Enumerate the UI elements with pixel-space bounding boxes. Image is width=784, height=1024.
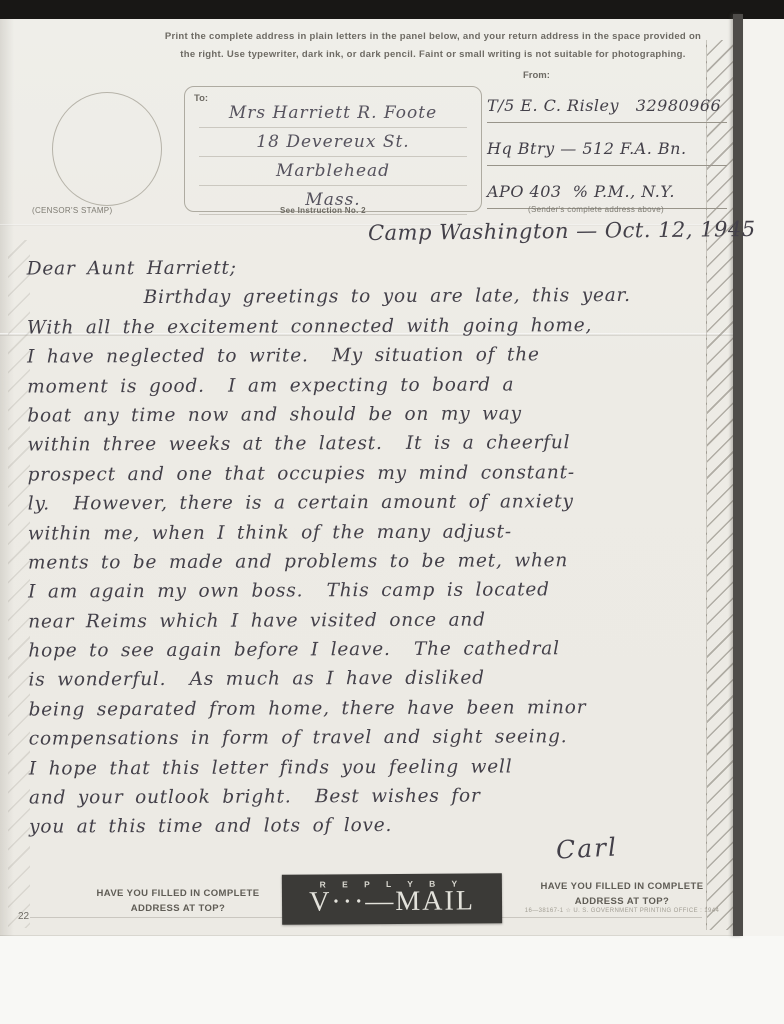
letter-line: boat any time now and should be on my wa… <box>27 398 739 430</box>
footer-reminder-left: HAVE YOU FILLED IN COMPLETE ADDRESS AT T… <box>68 886 288 916</box>
letter-body: Dear Aunt Harriett; Birthday greetings t… <box>27 251 742 871</box>
paper-right-margin <box>743 19 784 936</box>
to-address-box: To: Mrs Harriett R. Foote18 Devereux St.… <box>184 86 482 212</box>
letter-line: compensations in form of travel and sigh… <box>29 722 741 754</box>
censor-stamp-circle <box>52 92 162 206</box>
to-address-line: Mrs Harriett R. Foote <box>199 99 467 128</box>
from-address-line: Hq Btry — 512 F.A. Bn. <box>487 123 727 166</box>
page-number: 22 <box>18 911 29 922</box>
footer-reminder-right: HAVE YOU FILLED IN COMPLETE ADDRESS AT T… <box>512 879 732 909</box>
letter-line: being separated from home, there have be… <box>29 692 741 724</box>
letter-line: I have neglected to write. My situation … <box>27 340 739 372</box>
from-address: T/5 E. C. Risley 32980966Hq Btry — 512 F… <box>487 80 727 209</box>
letter-line: hope to see again before I leave. The ca… <box>28 634 740 666</box>
letter-line: within me, when I think of the many adju… <box>28 516 740 548</box>
letter-line: Birthday greetings to you are late, this… <box>27 281 739 313</box>
letter-line: within three weeks at the latest. It is … <box>27 428 739 460</box>
see-instruction-label: See Instruction No. 2 <box>280 206 366 215</box>
scan-edge-shadow <box>0 0 784 19</box>
letter-line: Dear Aunt Harriett; <box>27 251 739 283</box>
letter-line: is wonderful. As much as I have disliked <box>28 663 740 695</box>
from-address-line: APO 403 % P.M., N.Y. <box>487 166 727 209</box>
censor-stamp-label: (CENSOR'S STAMP) <box>32 206 112 215</box>
letter-line: you at this time and lots of love. <box>29 810 741 842</box>
form-instructions: Print the complete address in plain lett… <box>150 28 716 63</box>
vmail-letter-scan: Print the complete address in plain lett… <box>0 0 784 1024</box>
signature: Carl <box>555 832 618 864</box>
gpo-print-line: 16—38167-1 ☆ U. S. GOVERNMENT PRINTING O… <box>510 907 734 914</box>
letter-line <box>29 839 741 871</box>
from-address-line: T/5 E. C. Risley 32980966 <box>487 80 727 123</box>
vmail-wordmark: V···—MAIL <box>282 887 502 917</box>
letter-line: I hope that this letter finds you feelin… <box>29 751 741 783</box>
letter-line: With all the excitement connected with g… <box>27 310 739 342</box>
letter-line: ments to be made and problems to be met,… <box>28 545 740 577</box>
letter-line: near Reims which I have visited once and <box>28 604 740 636</box>
letter-line: moment is good. I am expecting to board … <box>27 369 739 401</box>
sender-address-label: (Sender's complete address above) <box>528 205 664 214</box>
to-address-line: Marblehead <box>199 157 467 186</box>
letter-line: prospect and one that occupies my mind c… <box>28 457 740 489</box>
to-address-line: 18 Devereux St. <box>199 128 467 157</box>
to-address: Mrs Harriett R. Foote18 Devereux St.Marb… <box>199 99 467 215</box>
letter-line: I am again my own boss. This camp is loc… <box>28 575 740 607</box>
letter-line: ly. However, there is a certain amount o… <box>28 487 740 519</box>
vmail-banner: R E P L Y B Y V···—MAIL <box>282 873 502 925</box>
letter-dateline: Camp Washington — Oct. 12, 1945 <box>368 217 756 245</box>
letter-line: and your outlook bright. Best wishes for <box>29 780 741 812</box>
